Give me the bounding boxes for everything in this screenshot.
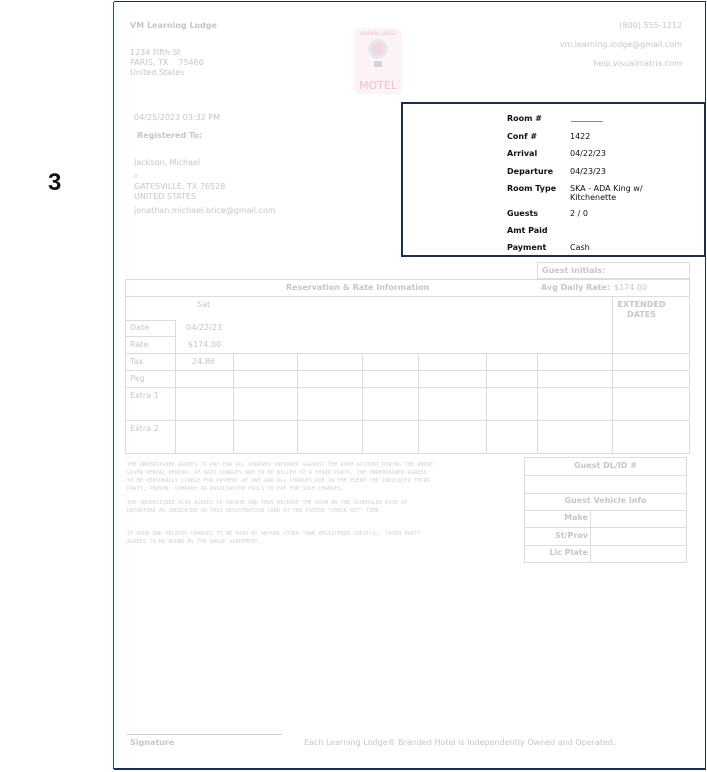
amt-paid-label: Amt Paid <box>507 226 548 235</box>
lic-plate-field[interactable] <box>591 546 686 562</box>
row-divider <box>125 320 175 321</box>
row-label-extra1: Extra 1 <box>130 391 159 401</box>
avg-daily-rate-label: Avg Daily Rate: <box>541 283 610 293</box>
row-label-date: Date <box>130 323 149 333</box>
make-label: Make <box>524 513 588 523</box>
col-divider <box>537 353 538 454</box>
guests-label: Guests <box>507 209 538 218</box>
departure-value: 04/23/23 <box>570 167 606 176</box>
st-prov-field[interactable] <box>591 528 686 545</box>
signature-line[interactable] <box>127 734 282 735</box>
signature-label: Signature <box>130 738 174 748</box>
legal-paragraph-1: THE UNDERSIGNED AGREES TO PAY FOR ALL CH… <box>127 461 433 493</box>
document-border-top <box>114 1 706 2</box>
lic-plate-label: Lic Plate <box>524 548 588 558</box>
guest-name: Jackson, Michael <box>134 158 200 168</box>
hotel-address-line2: PARIS, TX 75460 <box>130 58 204 68</box>
row-divider <box>125 387 690 388</box>
printed-datetime: 04/25/2023 03:32 PM <box>134 113 220 123</box>
row-label-extra2: Extra 2 <box>130 424 159 434</box>
col-divider <box>175 320 176 454</box>
row-value-date: 04/22/23 <box>186 323 222 333</box>
row-value-tax: 24.86 <box>192 357 215 367</box>
col-divider <box>612 296 613 454</box>
row-divider <box>125 370 690 371</box>
col-divider <box>233 353 234 454</box>
avg-daily-rate-value: $174.00 <box>614 283 647 293</box>
row-label-rate: Rate <box>130 340 148 350</box>
lightbulb-base-icon <box>374 61 382 67</box>
hotel-name: VM Learning Lodge <box>130 21 217 31</box>
extended-dates-label: EXTENDED DATES <box>614 300 669 320</box>
col-divider <box>486 353 487 454</box>
document-border-bottom <box>114 768 706 770</box>
guest-initials-field[interactable]: Guest Initials: <box>537 262 690 279</box>
lightbulb-icon <box>368 39 388 59</box>
payment-value: Cash <box>570 243 590 252</box>
reservation-info-box: Room # Conf # 1422 Arrival 04/22/23 Depa… <box>401 102 706 257</box>
hotel-phone: (800) 555-1212 <box>619 21 682 31</box>
page-number: 3 <box>48 169 61 197</box>
row-divider <box>125 336 175 337</box>
col-divider <box>297 353 298 454</box>
footer-disclaimer: Each Learning Lodge® Branded Hotel is In… <box>304 738 616 748</box>
col-divider <box>418 353 419 454</box>
room-type-value: SKA - ADA King w/ Kitchenette <box>570 184 660 202</box>
row-divider <box>125 420 690 421</box>
arrival-value: 04/22/23 <box>570 149 606 158</box>
guest-city-state-zip: GATESVILLE, TX 76528 <box>134 182 225 192</box>
make-field[interactable] <box>591 511 686 527</box>
legal-paragraph-2: THE UNDERSIGNED ALSO AGREES TO VACATE AN… <box>127 499 408 515</box>
row-label-pkg: Pkg <box>130 374 145 384</box>
rate-table-title: Reservation & Rate Information <box>286 283 429 293</box>
guest-initials-label: Guest Initials: <box>542 266 605 276</box>
page-number-column: 3 <box>2 2 114 769</box>
row-divider <box>524 493 687 494</box>
legal-paragraph-3: IF ROOM AND RELATED CHARGES TO BE PAID B… <box>127 530 420 546</box>
st-prov-label: St/Prov <box>524 531 588 541</box>
hotel-country: United States <box>130 68 184 78</box>
guests-value: 2 / 0 <box>570 209 588 218</box>
row-label-tax: Tax <box>130 357 143 367</box>
day-header: Sat <box>197 300 210 310</box>
guest-dl-label: Guest DL/ID # <box>524 461 687 471</box>
rate-table-divider <box>125 296 690 297</box>
col-divider <box>362 353 363 454</box>
arrival-label: Arrival <box>507 149 537 158</box>
guest-address-line2: o <box>134 172 138 182</box>
registered-to-label: Registered To: <box>137 131 202 141</box>
hotel-address-line1: 1234 Fifth St <box>130 48 181 58</box>
logo-motel-text: MOTEL <box>354 79 402 92</box>
conf-number-label: Conf # <box>507 132 537 141</box>
room-number-label: Room # <box>507 114 542 123</box>
logo-top-text: LEARNING LODGE <box>354 31 402 36</box>
departure-label: Departure <box>507 167 553 176</box>
hotel-email: vm.learning.lodge@gmail.com <box>560 40 682 50</box>
guest-vehicle-label: Guest Vehicle Info <box>524 496 687 506</box>
conf-number-value: 1422 <box>570 132 590 141</box>
guest-country: UNITED STATES <box>134 192 196 202</box>
hotel-logo: LEARNING LODGE MOTEL <box>354 28 402 94</box>
row-divider <box>125 353 690 354</box>
room-number-blank <box>571 121 603 122</box>
guest-dl-field[interactable] <box>525 476 686 493</box>
row-value-rate: $174.00 <box>188 340 221 350</box>
guest-email: jonathan.michael.brice@gmail.com <box>134 206 276 216</box>
room-type-label: Room Type <box>507 184 556 193</box>
hotel-website: help.visualmatrix.com <box>593 59 682 69</box>
payment-label: Payment <box>507 243 546 252</box>
